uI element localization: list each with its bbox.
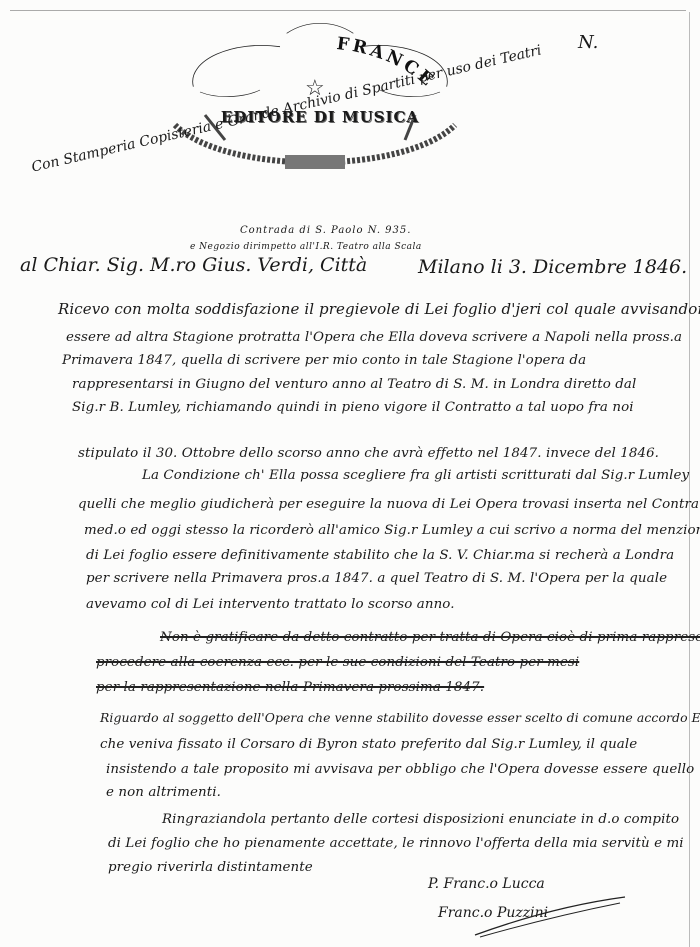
body-line: pregio riverirla distintamente [108,860,313,875]
letterhead-address: Contrada di S. Paolo N. 935. [240,225,411,236]
letter-date: Milano li 3. Dicembre 1846. [418,256,687,278]
page-top-edge [10,10,686,11]
body-line: La Condizione ch' Ella possa scegliere f… [142,468,689,483]
letterhead-shop: e Negozio dirimpetto all'I.R. Teatro all… [190,242,422,252]
letter-page: N. FRANCESCO LUCCA ☆ EDITORE DI MUSICA C… [0,0,700,947]
addressee: al Chiar. Sig. M.ro Gius. Verdi, Città [20,254,367,276]
struck-line: procedere alla coerenza ecc. per le sue … [96,655,579,670]
body-line: e non altrimenti. [106,785,221,800]
body-line: med.o ed oggi stesso la ricorderò all'am… [84,523,700,538]
body-line: insistendo a tale proposito mi avvisava … [106,762,694,777]
signature-flourish-icon [470,895,630,940]
body-line: Riguardo al soggetto dell'Opera che venn… [100,710,700,725]
letter-number-label: N. [578,32,598,53]
body-line: essere ad altra Stagione protratta l'Ope… [66,330,682,345]
body-line: Ricevo con molta soddisfazione il pregie… [58,300,700,318]
body-line: Sig.r B. Lumley, richiamando quindi in p… [72,400,634,415]
body-line: Ringraziandola pertanto delle cortesi di… [162,812,679,827]
body-line: quelli che meglio giudicherà per eseguir… [78,497,700,512]
body-line: avevamo col di Lei intervento trattato l… [86,597,455,612]
struck-line: per la rappresentazione nella Primavera … [96,680,484,695]
body-line: per scrivere nella Primavera pros.a 1847… [86,571,667,586]
struck-line: Non è gratificare da detto contratto per… [160,630,700,645]
body-line: stipulato il 30. Ottobre dello scorso an… [78,446,659,461]
body-line: di Lei foglio che ho pienamente accettat… [108,836,684,851]
body-line: di Lei foglio essere definitivamente sta… [86,548,674,563]
body-line: che veniva fissato il Corsaro di Byron s… [100,737,637,752]
body-line: rappresentarsi in Giugno del venturo ann… [72,377,636,392]
body-line: Primavera 1847, quella di scrivere per m… [62,353,586,368]
signature-lucca: P. Franc.o Lucca [428,876,545,892]
